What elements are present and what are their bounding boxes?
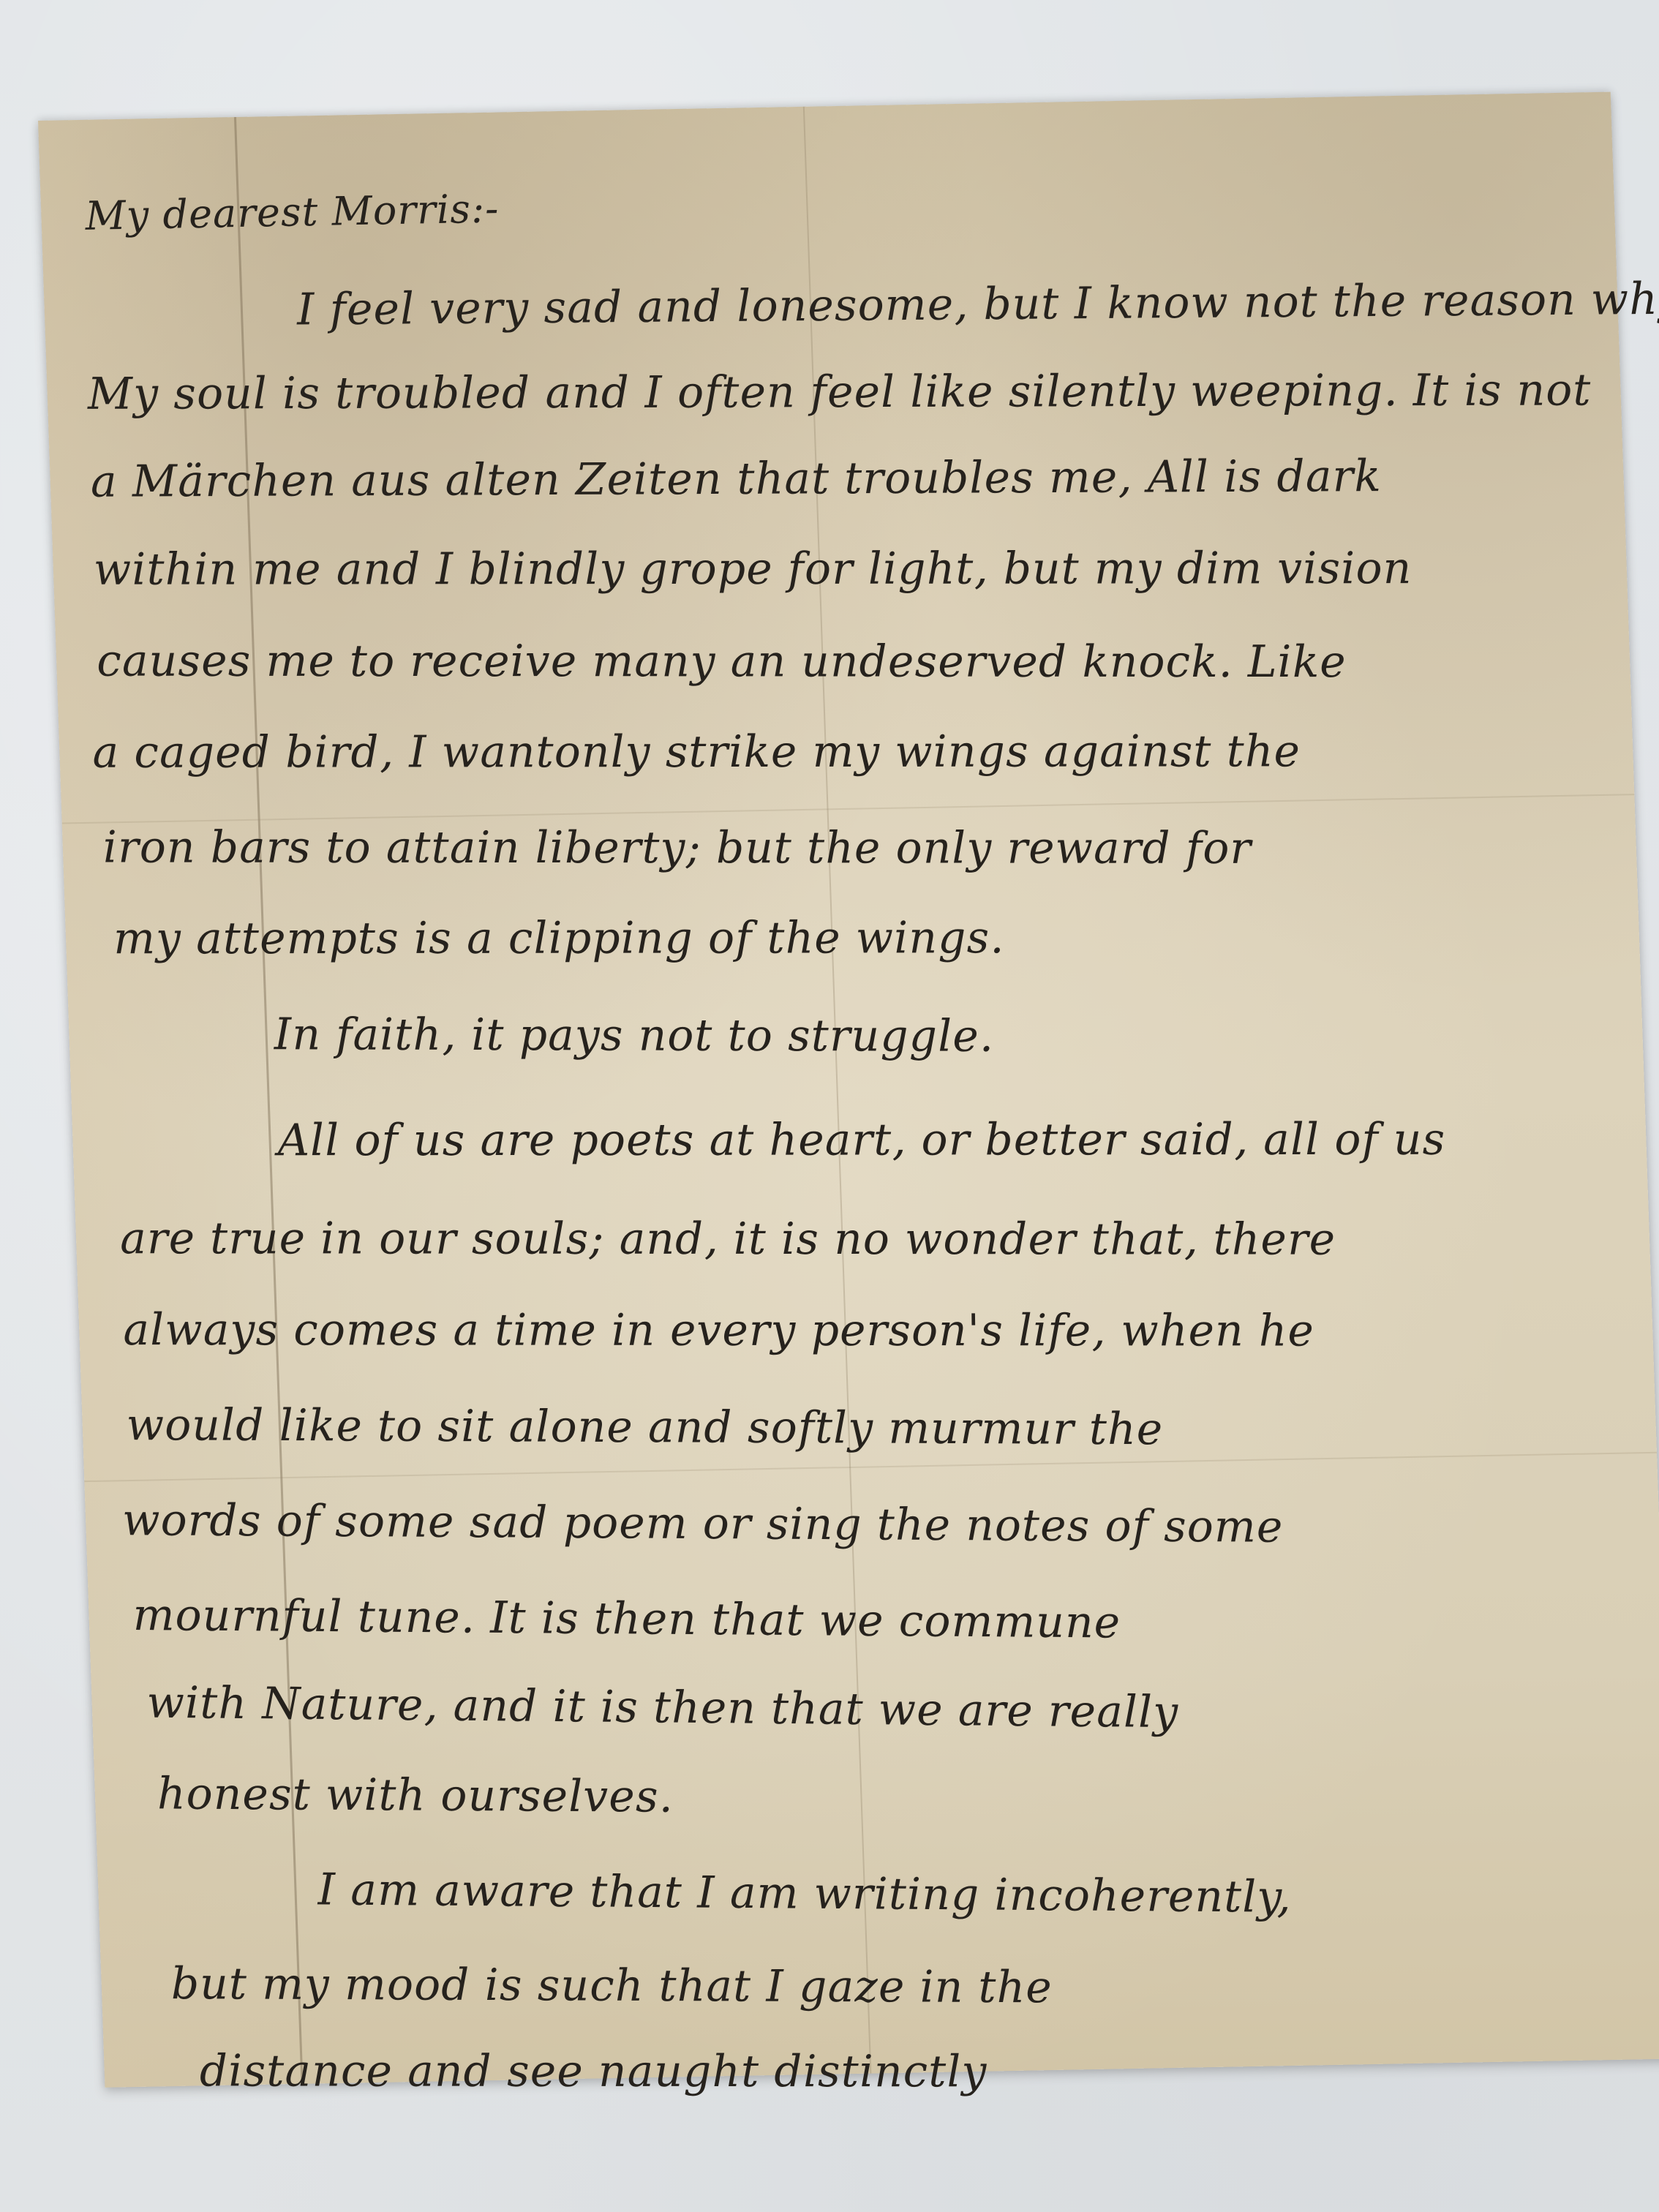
letter-line: distance and see naught distinctly xyxy=(199,2049,987,2093)
letter-body: My dearest Morris:- I feel very sad and … xyxy=(38,92,1659,2088)
letter-line: I feel very sad and lonesome, but I know… xyxy=(296,277,1659,332)
letter-line: I am aware that I am writing incoherentl… xyxy=(317,1867,1291,1919)
letter-line: mournful tune. It is then that we commun… xyxy=(132,1593,1121,1645)
salutation: My dearest Morris:- xyxy=(85,189,500,236)
letter-line: In faith, it pays not to struggle. xyxy=(274,1012,994,1058)
letter-line: honest with ourselves. xyxy=(157,1772,674,1818)
letter-line: a Märchen aus alten Zeiten that troubles… xyxy=(90,454,1382,504)
letter-line: iron bars to attain liberty; but the onl… xyxy=(102,826,1252,870)
letter-line: with Nature, and it is then that we are … xyxy=(146,1681,1178,1735)
letter-line: always comes a time in every person's li… xyxy=(123,1308,1314,1353)
letter-sheet: My dearest Morris:- I feel very sad and … xyxy=(38,92,1659,2088)
letter-line: words of some sad poem or sing the notes… xyxy=(122,1498,1284,1549)
letter-line: My soul is troubled and I often feel lik… xyxy=(87,368,1592,415)
letter-line: are true in our souls; and, it is no won… xyxy=(120,1216,1336,1261)
letter-line: causes me to receive many an undeserved … xyxy=(97,639,1347,684)
letter-line: a caged bird, I wantonly strike my wings… xyxy=(92,729,1301,774)
letter-line: but my mood is such that I gaze in the xyxy=(170,1962,1053,2009)
letter-line: would like to sit alone and softly murmu… xyxy=(126,1403,1163,1451)
letter-line: within me and I blindly grope for light,… xyxy=(93,546,1412,592)
letter-line: my attempts is a clipping of the wings. xyxy=(113,916,1005,960)
letter-line: All of us are poets at heart, or better … xyxy=(277,1118,1446,1162)
